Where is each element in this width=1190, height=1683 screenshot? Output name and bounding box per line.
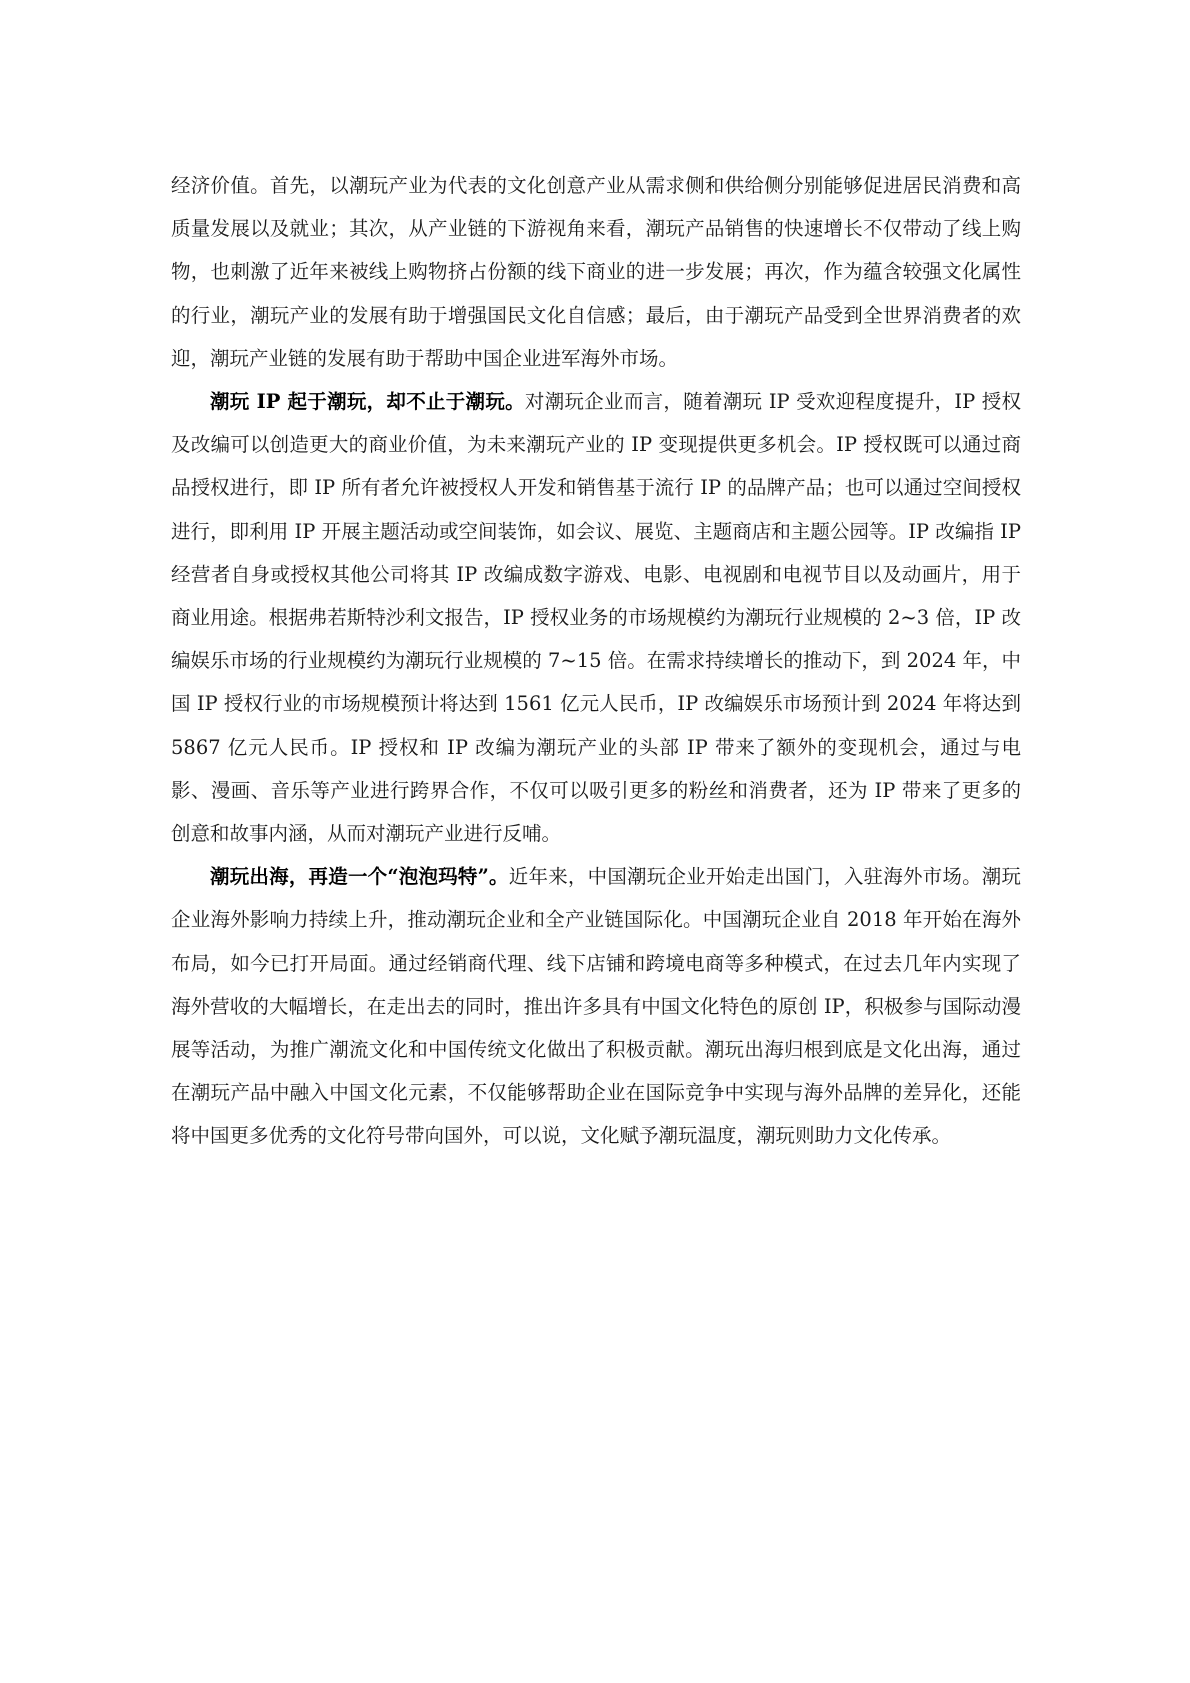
paragraph-economic-value: 经济价值。首先，以潮玩产业为代表的文化创意产业从需求侧和供给侧分别能够促进居民消…: [171, 164, 1021, 380]
paragraph-ip-licensing: 潮玩 IP 起于潮玩，却不止于潮玩。对潮玩企业而言，随着潮玩 IP 受欢迎程度提…: [171, 380, 1021, 855]
paragraph-lead-heading: 潮玩 IP 起于潮玩，却不止于潮玩。: [210, 390, 525, 413]
paragraph-lead-heading: 潮玩出海，再造一个“泡泡玛特”。: [210, 865, 509, 888]
paragraph-text: 经济价值。首先，以潮玩产业为代表的文化创意产业从需求侧和供给侧分别能够促进居民消…: [171, 174, 1021, 370]
paragraph-going-overseas: 潮玩出海，再造一个“泡泡玛特”。近年来，中国潮玩企业开始走出国门，入驻海外市场。…: [171, 855, 1021, 1157]
document-page: 经济价值。首先，以潮玩产业为代表的文化创意产业从需求侧和供给侧分别能够促进居民消…: [171, 164, 1021, 1158]
paragraph-text: 对潮玩企业而言，随着潮玩 IP 受欢迎程度提升，IP 授权及改编可以创造更大的商…: [171, 390, 1021, 845]
paragraph-text: 近年来，中国潮玩企业开始走出国门，入驻海外市场。潮玩企业海外影响力持续上升，推动…: [171, 865, 1021, 1147]
